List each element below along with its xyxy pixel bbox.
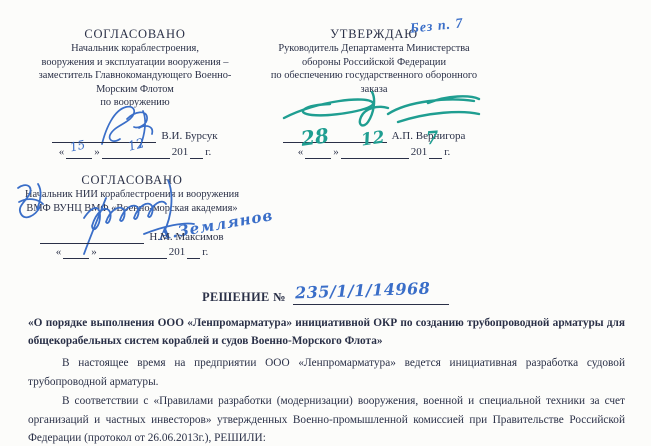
- close-quote: »: [91, 246, 97, 259]
- title-line: заказа: [270, 83, 478, 97]
- year-suffix: г.: [202, 246, 208, 259]
- approval-block-left: СОГЛАСОВАНО Начальник кораблестроения, в…: [30, 26, 240, 172]
- handwritten-year-digit: 7: [426, 132, 439, 146]
- handwritten-month: 12: [126, 137, 145, 154]
- signer-name: Н.М. Максимов: [149, 231, 223, 244]
- title-line: Начальник кораблестроения,: [30, 42, 240, 56]
- approval-title: Начальник НИИ кораблестроения и вооружен…: [16, 188, 248, 215]
- title-line: заместитель Главнокомандующего Военно-: [30, 69, 240, 83]
- decision-label: РЕШЕНИЕ №: [202, 289, 286, 305]
- open-quote: «: [56, 246, 62, 259]
- title-line: ВМФ ВУНЦ ВМФ «Военно-морская академия»: [16, 202, 248, 216]
- date-row: « 15 » 12 201 г.: [30, 146, 240, 159]
- title-line: Начальник НИИ кораблестроения и вооружен…: [16, 188, 248, 202]
- date-year-slot: 7: [429, 146, 442, 159]
- decision-subject: «О порядке выполнения ООО «Ленпромармату…: [28, 315, 625, 350]
- date-day-slot: [63, 246, 89, 259]
- approval-block-second: СОГЛАСОВАНО Начальник НИИ кораблестроени…: [16, 172, 248, 274]
- date-month-slot: 12: [341, 146, 409, 159]
- approval-status: СОГЛАСОВАНО: [16, 172, 248, 188]
- title-line: обороны Российской Федерации: [270, 56, 478, 70]
- approval-title: Руководитель Департамента Министерства о…: [270, 42, 478, 96]
- year-suffix: г.: [444, 146, 450, 159]
- date-year-slot: [190, 146, 203, 159]
- year-prefix: 201: [169, 246, 186, 259]
- approval-status: СОГЛАСОВАНО: [30, 26, 240, 42]
- body-paragraph: В настоящее время на предприятии ООО «Ле…: [28, 354, 625, 391]
- handwritten-day: 28: [300, 129, 329, 146]
- year-prefix: 201: [411, 146, 428, 159]
- title-line: Морским Флотом: [30, 83, 240, 97]
- handwritten-month: 12: [360, 131, 385, 147]
- decision-number-slot: 235/1/1/14968: [293, 286, 449, 305]
- title-line: по обеспечению государственного оборонно…: [270, 69, 478, 83]
- year-prefix: 201: [172, 146, 189, 159]
- date-day-slot: 28: [305, 146, 331, 159]
- title-line: вооружения и эксплуатации вооружения –: [30, 56, 240, 70]
- title-line: по вооружению: [30, 96, 240, 110]
- close-quote: »: [94, 146, 100, 159]
- date-day-slot: 15: [66, 146, 92, 159]
- signature-line: [40, 230, 144, 244]
- handwritten-day: 15: [69, 139, 87, 155]
- year-suffix: г.: [205, 146, 211, 159]
- approval-title: Начальник кораблестроения, вооружения и …: [30, 42, 240, 110]
- signature-row: Н.М. Максимов: [16, 230, 248, 244]
- date-row: « » 201 г.: [16, 246, 248, 259]
- handwritten-decision-number: 235/1/1/14968: [295, 279, 431, 303]
- date-month-slot: [99, 246, 167, 259]
- open-quote: «: [59, 146, 65, 159]
- title-line: Руководитель Департамента Министерства: [270, 42, 478, 56]
- close-quote: »: [333, 146, 339, 159]
- date-row: « 28 » 12 201 7 г.: [270, 146, 478, 159]
- date-year-slot: [187, 246, 200, 259]
- body-paragraph: В соответствии с «Правилами разработки (…: [28, 392, 625, 446]
- date-month-slot: 12: [102, 146, 170, 159]
- decision-heading: РЕШЕНИЕ № 235/1/1/14968: [0, 286, 651, 305]
- signer-name: В.И. Бурсук: [161, 130, 217, 143]
- document-page: СОГЛАСОВАНО Начальник кораблестроения, в…: [0, 0, 651, 446]
- approval-block-right: УТВЕРЖДАЮ Без п. 7 Руководитель Департам…: [270, 26, 478, 172]
